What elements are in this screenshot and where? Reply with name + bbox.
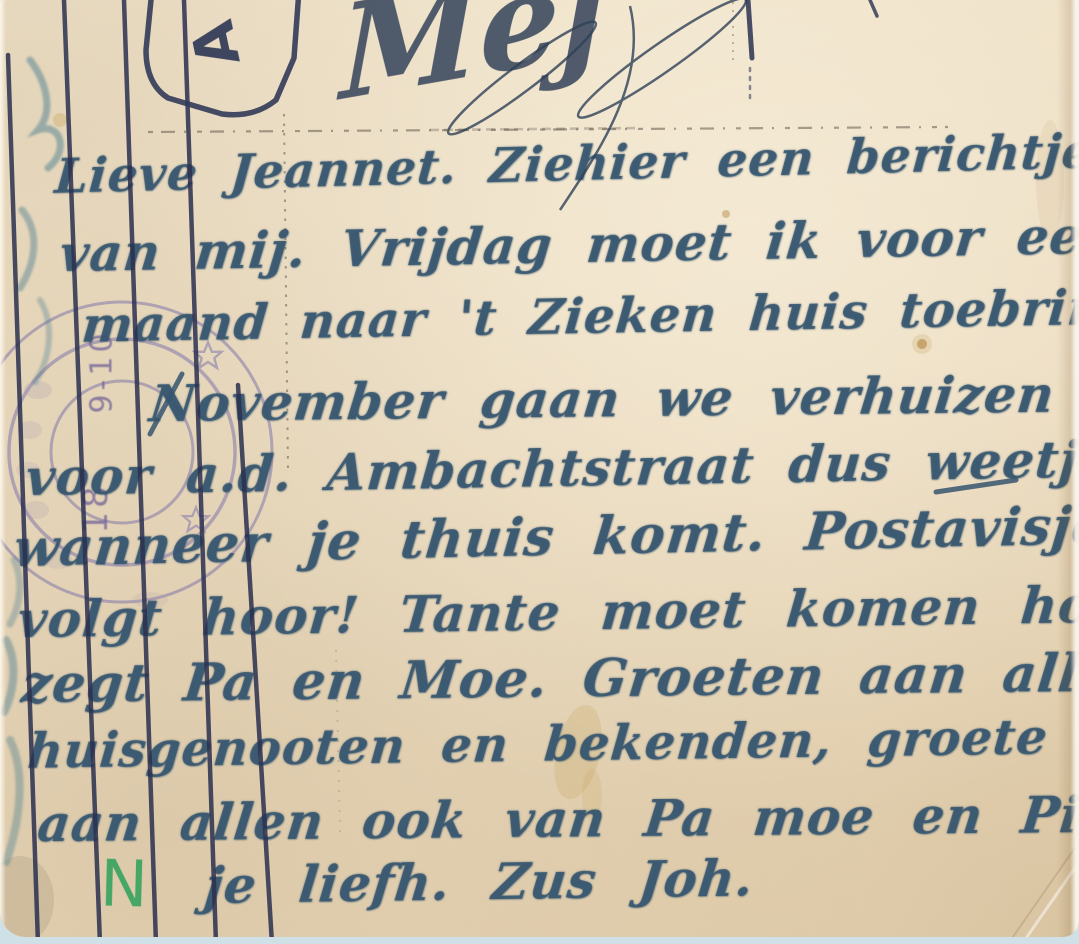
top-pen-strokes — [748, 0, 877, 102]
cancellation-bars — [8, 0, 272, 937]
card-right-edge — [1057, 0, 1079, 937]
script-flourish — [441, 0, 754, 210]
postcard-back: 9-10 18 Lieve Jeannet. Ziehier een beric… — [0, 0, 1079, 937]
handwriting-extras — [150, 374, 1016, 492]
cancellation-ink-layer — [0, 0, 1079, 937]
card-left-edge — [0, 0, 6, 937]
censor-mark-letter: N — [99, 847, 149, 922]
postcard-scan: 9-10 18 Lieve Jeannet. Ziehier een beric… — [0, 0, 1079, 944]
